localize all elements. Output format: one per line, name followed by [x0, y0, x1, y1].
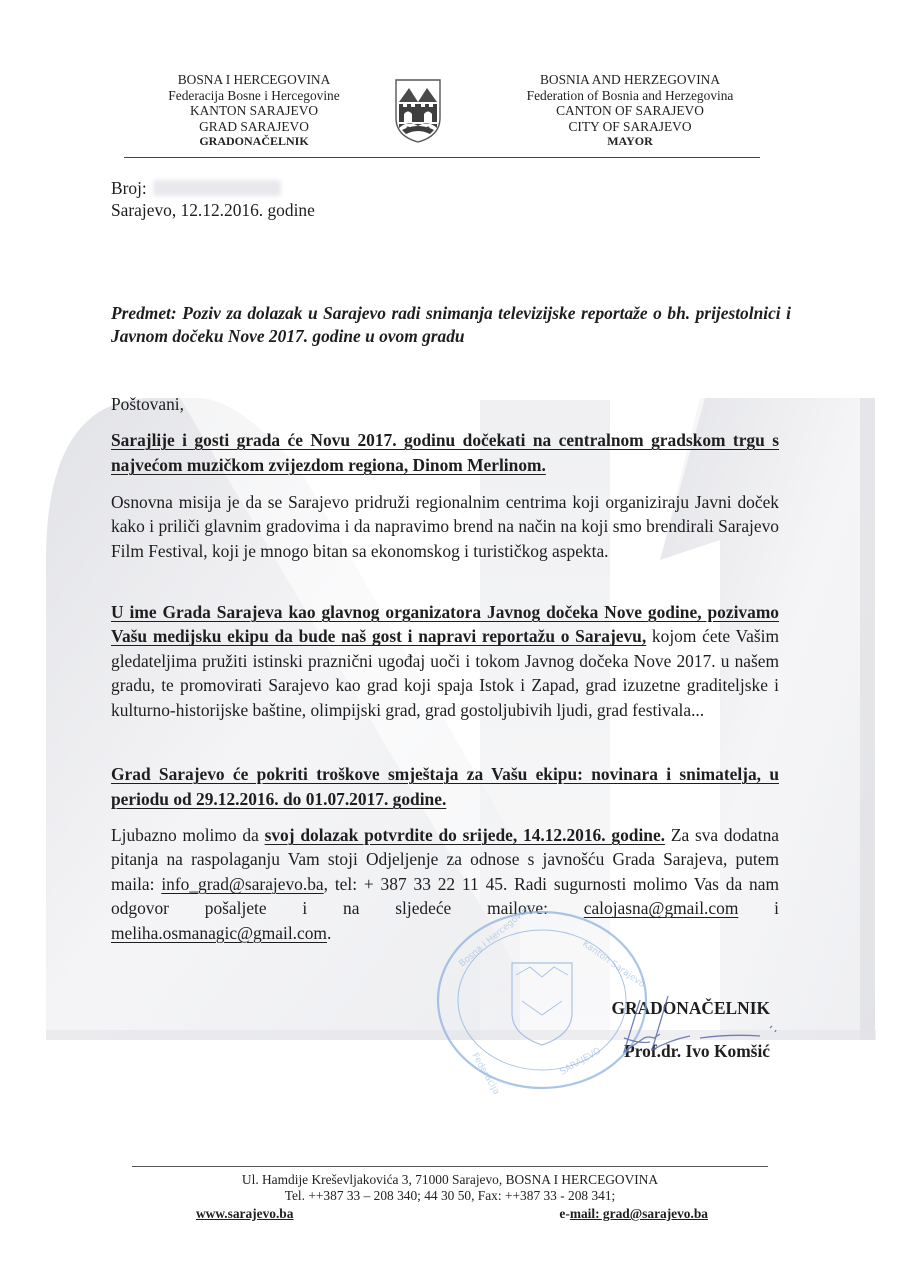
website-link[interactable]: www.sarajevo.ba	[196, 1206, 293, 1222]
footer-email[interactable]: e-mail: grad@sarajevo.ba	[559, 1206, 708, 1222]
footer-email-link[interactable]: mail: grad@sarajevo.ba	[570, 1206, 708, 1221]
subject-line: Predmet: Poziv za dolazak u Sarajevo rad…	[111, 302, 791, 348]
header-left-block: BOSNA I HERCEGOVINA Federacija Bosne i H…	[124, 72, 384, 150]
confirmation-deadline: svoj dolazak potvrdite do srijede, 14.12…	[265, 825, 665, 845]
coat-of-arms-icon	[394, 78, 442, 144]
reference-block: Broj: Sarajevo, 12.12.2016. godine	[111, 177, 315, 221]
email-link-meliha[interactable]: meliha.osmanagic@gmail.com	[111, 923, 327, 943]
header-right-country: BOSNIA AND HERZEGOVINA	[500, 72, 760, 88]
header-right-block: BOSNIA AND HERZEGOVINA Federation of Bos…	[500, 72, 760, 150]
footer-divider	[132, 1166, 768, 1167]
contact-text-4: i	[738, 898, 779, 918]
footer-email-prefix: e-	[559, 1206, 569, 1221]
footer-contact-block: Ul. Hamdije Kreševljakovića 3, 71000 Sar…	[132, 1172, 768, 1204]
header-right-canton: CANTON OF SARAJEVO	[500, 103, 760, 119]
email-link-calojasna[interactable]: calojasna@gmail.com	[584, 898, 739, 918]
email-link-info-grad[interactable]: info_grad@sarajevo.ba	[161, 874, 323, 894]
header-left-federation: Federacija Bosne i Hercegovine	[124, 88, 384, 104]
signatory-title: GRADONAČELNIK	[612, 998, 770, 1019]
header-right-city: CITY OF SARAJEVO	[500, 119, 760, 135]
redacted-reference-number	[153, 180, 281, 196]
contact-text-1: Ljubazno molimo da	[111, 825, 265, 845]
footer-phones: Tel. ++387 33 – 208 340; 44 30 50, Fax: …	[132, 1188, 768, 1204]
paragraph-mission: Osnovna misija je da se Sarajevo pridruž…	[111, 490, 779, 563]
footer-address: Ul. Hamdije Kreševljakovića 3, 71000 Sar…	[132, 1172, 768, 1188]
header-left-office: GRADONAČELNIK	[124, 134, 384, 150]
contact-text-5: .	[327, 923, 331, 943]
reference-number-label: Broj:	[111, 178, 147, 198]
svg-text:Federacija: Federacija	[469, 1052, 501, 1096]
svg-text:SARAJEVO: SARAJEVO	[559, 1046, 603, 1077]
svg-text:Kanton Sarajevo: Kanton Sarajevo	[580, 939, 647, 990]
letter-page: BOSNA I HERCEGOVINA Federacija Bosne i H…	[0, 0, 904, 1280]
header-divider	[124, 157, 760, 158]
paragraph-announcement: Sarajlije i gosti grada će Novu 2017. go…	[111, 428, 779, 478]
signatory-name: Prof.dr. Ivo Komšić	[624, 1041, 770, 1062]
header-left-city: GRAD SARAJEVO	[124, 119, 384, 135]
salutation: Poštovani,	[111, 392, 779, 416]
paragraph-accommodation: Grad Sarajevo će pokriti troškove smješt…	[111, 762, 779, 812]
header-right-federation: Federation of Bosnia and Herzegovina	[500, 88, 760, 104]
header-right-office: MAYOR	[500, 134, 760, 150]
paragraph-invitation: U ime Grada Sarajeva kao glavnog organiz…	[111, 600, 779, 722]
paragraph-contact: Ljubazno molimo da svoj dolazak potvrdit…	[111, 823, 779, 945]
header-left-country: BOSNA I HERCEGOVINA	[124, 72, 384, 88]
reference-place-date: Sarajevo, 12.12.2016. godine	[111, 199, 315, 221]
header-left-canton: KANTON SARAJEVO	[124, 103, 384, 119]
